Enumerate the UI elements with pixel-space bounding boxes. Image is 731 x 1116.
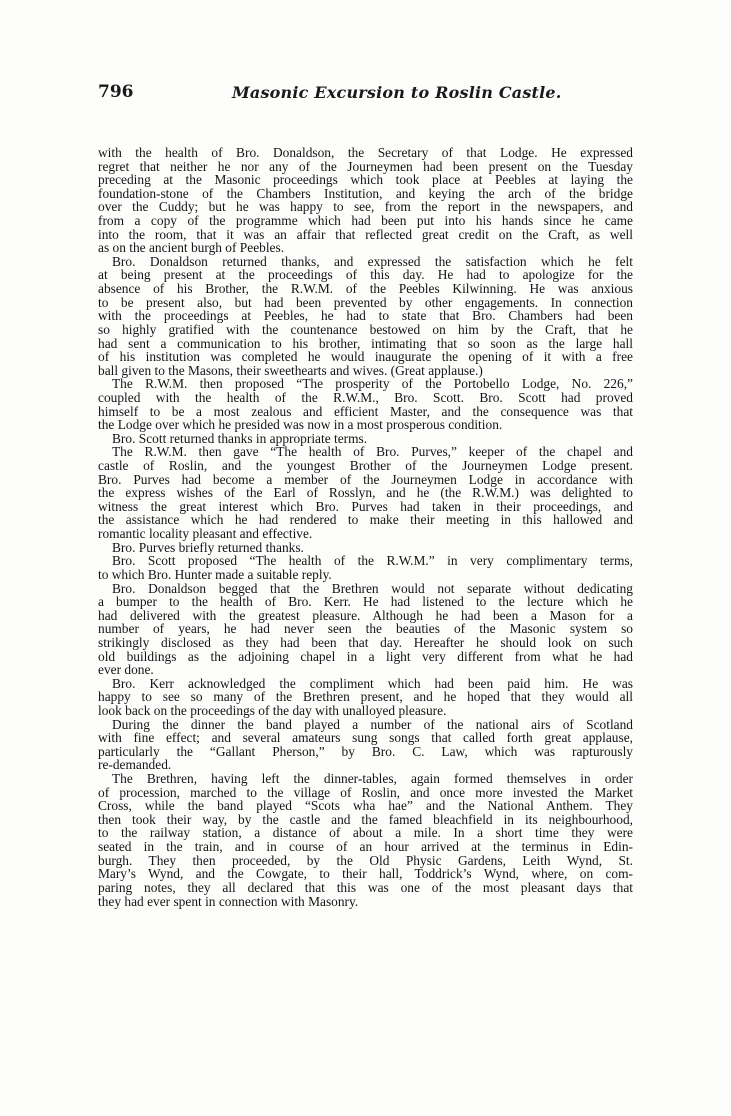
text-line: had sent a communication to his brother,… bbox=[98, 337, 633, 351]
text-line: paring notes, they all declared that thi… bbox=[98, 881, 633, 895]
text-line: at being present at the proceedings of t… bbox=[98, 268, 633, 282]
text-line: the express wishes of the Earl of Rossly… bbox=[98, 486, 633, 500]
text-line: absence of his Brother, the R.W.M. of th… bbox=[98, 282, 633, 296]
paragraph: Bro. Donaldson begged that the Brethren … bbox=[98, 582, 633, 677]
text-line: of his institution was completed he woul… bbox=[98, 350, 633, 364]
text-line: ball given to the Masons, their sweethea… bbox=[98, 364, 633, 378]
text-line: Mary’s Wynd, and the Cowgate, to their h… bbox=[98, 867, 633, 881]
text-line: happy to see so many of the Brethren pre… bbox=[98, 690, 633, 704]
text-line: During the dinner the band played a numb… bbox=[98, 718, 633, 732]
text-line: old buildings as the adjoining chapel in… bbox=[98, 650, 633, 664]
text-line: Bro. Scott returned thanks in appropriat… bbox=[98, 432, 633, 446]
running-header: 796 Masonic Excursion to Roslin Castle. bbox=[98, 82, 638, 104]
text-line: a bumper to the health of Bro. Kerr. He … bbox=[98, 595, 633, 609]
paragraph: The R.W.M. then proposed “The prosperity… bbox=[98, 377, 633, 431]
text-line: with the health of Bro. Donaldson, the S… bbox=[98, 146, 633, 160]
text-line: witness the great interest which Bro. Pu… bbox=[98, 500, 633, 514]
text-line: Bro. Purves had become a member of the J… bbox=[98, 473, 633, 487]
text-line: castle of Roslin, and the youngest Broth… bbox=[98, 459, 633, 473]
text-line: then took their way, by the castle and t… bbox=[98, 813, 633, 827]
text-line: as on the ancient burgh of Peebles. bbox=[98, 241, 633, 255]
paragraph: Bro. Scott returned thanks in appropriat… bbox=[98, 432, 633, 446]
text-line: ever done. bbox=[98, 663, 633, 677]
text-line: over the Cuddy; but he was happy to see,… bbox=[98, 200, 633, 214]
text-line: regret that neither he nor any of the Jo… bbox=[98, 160, 633, 174]
text-line: to which Bro. Hunter made a suitable rep… bbox=[98, 568, 633, 582]
text-line: The Brethren, having left the dinner-tab… bbox=[98, 772, 633, 786]
text-line: Bro. Purves briefly returned thanks. bbox=[98, 541, 633, 555]
page-number: 796 bbox=[98, 82, 134, 102]
text-line: romantic locality pleasant and effective… bbox=[98, 527, 633, 541]
paragraph: Bro. Kerr acknowledged the compliment wh… bbox=[98, 677, 633, 718]
text-line: seated in the train, and in course of an… bbox=[98, 840, 633, 854]
text-line: the Lodge over which he presided was now… bbox=[98, 418, 633, 432]
text-line: had delivered with the greatest pleasure… bbox=[98, 609, 633, 623]
paragraph: Bro. Purves briefly returned thanks. bbox=[98, 541, 633, 555]
text-line: himself to be a most zealous and efficie… bbox=[98, 405, 633, 419]
paragraph: The Brethren, having left the dinner-tab… bbox=[98, 772, 633, 908]
text-line: the assistance which he had rendered to … bbox=[98, 513, 633, 527]
text-line: coupled with the health of the R.W.M., B… bbox=[98, 391, 633, 405]
paragraph: Bro. Donaldson returned thanks, and expr… bbox=[98, 255, 633, 377]
text-line: to be present also, but had been prevent… bbox=[98, 296, 633, 310]
text-line: burgh. They then proceeded, by the Old P… bbox=[98, 854, 633, 868]
text-line: Bro. Donaldson begged that the Brethren … bbox=[98, 582, 633, 596]
article-body: with the health of Bro. Donaldson, the S… bbox=[98, 146, 633, 908]
text-line: they had ever spent in connection with M… bbox=[98, 895, 633, 909]
text-line: Bro. Scott proposed “The health of the R… bbox=[98, 554, 633, 568]
text-line: so highly gratified with the countenance… bbox=[98, 323, 633, 337]
text-line: preceding at the Masonic proceedings whi… bbox=[98, 173, 633, 187]
paragraph: During the dinner the band played a numb… bbox=[98, 718, 633, 772]
text-line: to the railway station, a distance of ab… bbox=[98, 826, 633, 840]
text-line: look back on the proceedings of the day … bbox=[98, 704, 633, 718]
text-line: with the proceedings at Peebles, he had … bbox=[98, 309, 633, 323]
text-line: re-demanded. bbox=[98, 758, 633, 772]
running-title: Masonic Excursion to Roslin Castle. bbox=[232, 83, 562, 102]
text-line: foundation-stone of the Chambers Institu… bbox=[98, 187, 633, 201]
text-line: particularly the “Gallant Pherson,” by B… bbox=[98, 745, 633, 759]
paragraph: with the health of Bro. Donaldson, the S… bbox=[98, 146, 633, 255]
document-page: 796 Masonic Excursion to Roslin Castle. … bbox=[0, 0, 731, 1116]
paragraph: The R.W.M. then gave “The health of Bro.… bbox=[98, 445, 633, 540]
text-line: Cross, while the band played “Scots wha … bbox=[98, 799, 633, 813]
text-line: Bro. Donaldson returned thanks, and expr… bbox=[98, 255, 633, 269]
text-line: with fine effect; and several amateurs s… bbox=[98, 731, 633, 745]
text-line: into the room, that it was an affair tha… bbox=[98, 228, 633, 242]
text-line: of procession, marched to the village of… bbox=[98, 786, 633, 800]
text-line: The R.W.M. then proposed “The prosperity… bbox=[98, 377, 633, 391]
text-line: Bro. Kerr acknowledged the compliment wh… bbox=[98, 677, 633, 691]
text-line: The R.W.M. then gave “The health of Bro.… bbox=[98, 445, 633, 459]
text-line: from a copy of the programme which had b… bbox=[98, 214, 633, 228]
text-line: number of years, he had never seen the b… bbox=[98, 622, 633, 636]
paragraph: Bro. Scott proposed “The health of the R… bbox=[98, 554, 633, 581]
text-line: strikingly disclosed as they had been th… bbox=[98, 636, 633, 650]
